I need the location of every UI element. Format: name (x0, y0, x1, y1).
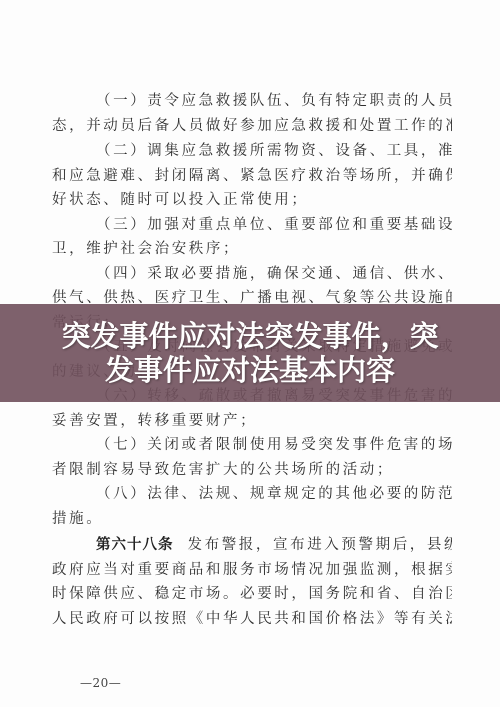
article-line: 政府应当对重要商品和服务市场情况加强监测，根据实际需要及 (52, 561, 452, 579)
article-text: 发布警报，宣布进入预警期后，县级以上人民 (188, 537, 453, 553)
document-line: （七）关闭或者限制使用易受突发事件危害的场所，控制或 (96, 436, 452, 454)
document-line: 卫，维护社会治安秩序； (52, 240, 452, 258)
document-line: 和应急避难、封闭隔离、紧急医疗救治等场所，并确保其处于良 (52, 167, 452, 185)
article-label: 第六十八条 (96, 537, 174, 553)
document-line: 妥善安置，转移重要财产； (52, 412, 452, 430)
title-overlay: 突发事件应对法突发事件，突 发事件应对法基本内容 (0, 304, 500, 402)
document-line: 态，并动员后备人员做好参加应急救援和处置工作的准备； (52, 117, 452, 135)
document-line: 者限制容易导致危害扩大的公共场所的活动； (52, 461, 452, 479)
title-line-1: 突发事件应对法突发事件，突 (61, 319, 438, 353)
title-line-2: 发事件应对法基本内容 (105, 353, 395, 387)
document-line: 好状态、随时可以投入正常使用； (52, 191, 452, 209)
document-line: （三）加强对重点单位、重要部位和重要基础设施的安全保 (96, 216, 452, 234)
document-line: （一）责令应急救援队伍、负有特定职责的人员进入待命状 (96, 92, 452, 110)
page-number: —20— (80, 676, 121, 690)
article-68-first-line: 第六十八条发布警报，宣布进入预警期后，县级以上人民 (96, 536, 452, 554)
document-line: （四）采取必要措施，确保交通、通信、供水、排水、供电、 (96, 265, 452, 283)
article-line: 时保障供应、稳定市场。必要时，国务院和省、自治区、直辖市 (52, 585, 452, 603)
document-line: 措施。 (52, 510, 452, 528)
document-line: （二）调集应急救援所需物资、设备、工具，准备应急设施 (96, 142, 452, 160)
document-line: （八）法律、法规、规章规定的其他必要的防范性、保护性 (96, 485, 452, 503)
article-line: 人民政府可以按照《中华人民共和国价格法》等有关法律规定采 (52, 610, 452, 628)
